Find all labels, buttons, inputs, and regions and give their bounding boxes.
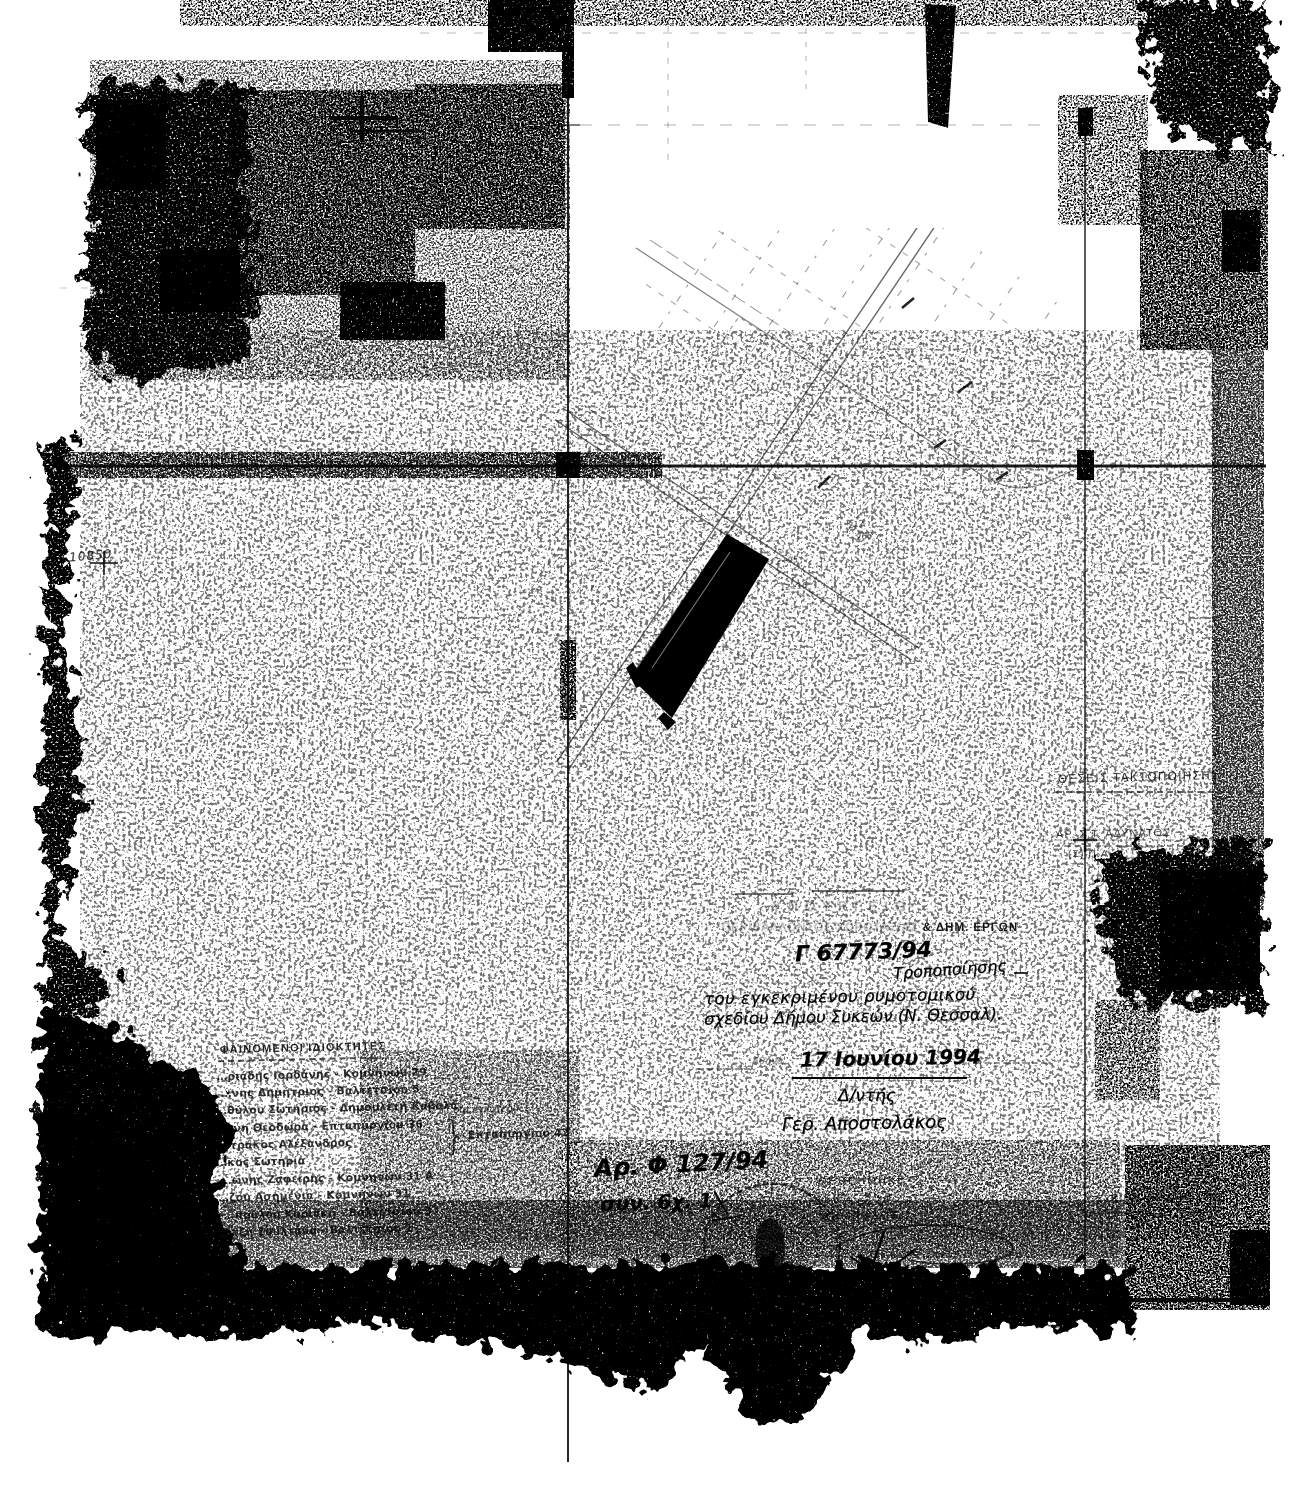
date-side-dash bbox=[698, 1068, 750, 1070]
ministry-subtitle: ΠΕΡΙΒΑΛΛΟΝΤΟΣ ΧΩΡΟΤΑΞΙΑΣ & ΔΗΜ. ΕΡΓΩΝ bbox=[700, 922, 1040, 934]
owner-entry: …τζή Σουλτάνα - Βαλτετσίου 1 bbox=[221, 1222, 413, 1239]
pen-tick-marks bbox=[696, 298, 1008, 664]
engineer-signature-scribble bbox=[1178, 1208, 1216, 1218]
mayor-name: ΠΑΝΟΠΟΥΛΟΣ bbox=[843, 1272, 938, 1284]
stamp-rule bbox=[735, 893, 793, 895]
label-underline bbox=[1054, 845, 1204, 847]
right-margin-label-adynatos: ΑΡ. Σ.Τ. ΑΔΥΝΑΤΟΣ bbox=[1056, 827, 1171, 841]
owner-entry: …πούλου Κυριακή - Βαλτετσίου 3 bbox=[223, 1204, 432, 1222]
scanned-map-sheet: +10850 212 266 2+95 12+16 ΘΕΣΕΙΣ ΤΑΚΤΟΠΟ… bbox=[0, 0, 1309, 1503]
owners-side-note: …οικ. εσωτερικ… bbox=[443, 1103, 532, 1116]
file-number: Αρ. Φ 127/94 bbox=[593, 1145, 768, 1182]
label-underline bbox=[1056, 791, 1254, 793]
subject-dotted-rule bbox=[700, 982, 840, 984]
owner-entry: …νη Θεοδώρα - Επταπυργίου 36 bbox=[222, 1118, 423, 1136]
right-margin-label-pa: (Σ) Π.Α. bbox=[1068, 848, 1113, 860]
brace-glyph: } bbox=[441, 1113, 467, 1160]
owner-entry: …κος Σωτηρία bbox=[216, 1154, 305, 1169]
signer-title: Δ/ντής bbox=[838, 1086, 896, 1106]
map-number: 12+16 bbox=[780, 581, 808, 593]
map-number: 2+95 bbox=[776, 555, 799, 566]
brace-shared-address: Επταπυργίου 42 bbox=[468, 1126, 570, 1141]
right-margin-label-taktopoiisis: ΘΕΣΕΙΣ ΤΑΚΤΟΠΟΙΗΣΗΣ bbox=[1058, 770, 1220, 786]
date-handwritten: 17 Ιουνίου 1994 bbox=[800, 1044, 981, 1071]
owners-list: ΦΑΙΝΟΜΕΝΟΙ ΙΔΙΟΚΤΗΤΕΣ …ριάδης Ιορδάνης -… bbox=[212, 1036, 597, 1255]
approval-line-date: ΣΥΚΙΕΣ , 5 - 8 - bbox=[808, 1191, 901, 1205]
approval-line-mayor: ΔΗΜΑΡΧΟΣ bbox=[822, 1209, 900, 1222]
map-drawing-layer bbox=[0, 0, 1309, 1503]
survey-coordinate-label: +10850 bbox=[57, 547, 112, 566]
owners-list-heading: ΦΑΙΝΟΜΕΝΟΙ ΙΔΙΟΚΤΗΤΕΣ bbox=[220, 1040, 387, 1056]
attachment-one-underline bbox=[712, 1216, 734, 1221]
ministry-subtitle-right: & ΔΗΜ. ΕΡΓΩΝ bbox=[923, 922, 1018, 934]
owner-entry: …τράκος Αλέξανδρος bbox=[219, 1136, 352, 1152]
attachments-note: συν. 6χ. 1 bbox=[600, 1188, 713, 1216]
date-city: Αθήνα bbox=[752, 1056, 783, 1067]
attachment-one-strike bbox=[714, 1191, 729, 1215]
subject-handwritten-3: σχεδίου Δήμου Συκεών (Ν. Θεσσαλ). bbox=[704, 1004, 1002, 1028]
map-number: 266 bbox=[855, 531, 872, 543]
date-side-dash bbox=[975, 1062, 1047, 1064]
signer-name: Γερ. Αποστολάκος bbox=[782, 1112, 947, 1136]
owner-entry: …ριάδης Ιορδάνης - Κομνηνών 29 bbox=[216, 1065, 427, 1083]
signer-side-dash bbox=[706, 1133, 752, 1135]
approval-line-theorithike: ΘΕΩΡΗΘΗΚΕ bbox=[818, 1174, 907, 1188]
ministry-title: ΥΠΟΥΡΓΕΙΟ bbox=[772, 899, 913, 914]
stamp-rule bbox=[812, 890, 904, 892]
map-circle-marks bbox=[88, 615, 294, 753]
owner-entry: …θύλου Σωτήριος - Δημουλέτη Καβάλα bbox=[216, 1099, 458, 1117]
survey-cross-marks bbox=[90, 96, 1097, 852]
owner-entry: …νης Δημήτριος - Βαλτετσίου 5 bbox=[221, 1083, 420, 1101]
owner-entry: …ζου Ασημένια - Κομνηνών 31 bbox=[218, 1187, 410, 1204]
street-grid-sketch-left bbox=[65, 92, 454, 508]
approval-year-faint: 1992 bbox=[1008, 1196, 1030, 1207]
subject-dash bbox=[1014, 972, 1028, 974]
date-underline bbox=[792, 1077, 967, 1079]
heading-underline bbox=[218, 1057, 376, 1063]
engineer-place-date: ΣΥΚΙΕΣ ΙΟΥΝΙΟΣ 1992 bbox=[1096, 1191, 1224, 1205]
map-number: 212 bbox=[847, 519, 865, 532]
owner-entry: …ώνης Ζαφείρης - Κομνηνών 31 Α bbox=[221, 1169, 434, 1187]
engineer-title: Ο ΜΗΧΑΝΙΚΟΣ bbox=[1085, 1206, 1169, 1219]
ministry-subtitle-left: ΠΕΡΙΒΑΛΛΟΝΤΟΣ ΧΩΡΟΤΑΞΙΑΣ bbox=[722, 922, 919, 934]
highlighted-block bbox=[626, 534, 769, 730]
stamp-and-damage-layer bbox=[0, 0, 1309, 1503]
